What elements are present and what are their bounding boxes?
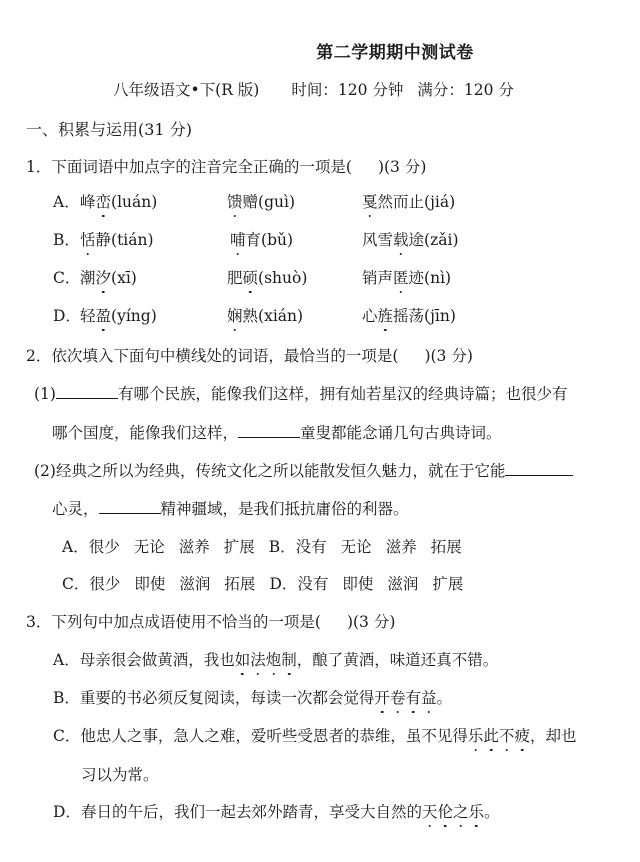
q2-option-d: D．没有即使滋润扩展	[269, 575, 463, 593]
question-3-stem: 3．下列句中加点成语使用不恰当的一项是()(3 分)	[26, 610, 395, 632]
exam-title: 第二学期期中测试卷	[0, 38, 640, 63]
q2-passage-2-line-1: (2)经典之所以为经典，传统文化之所以能散发恒久魅力，就在于它能	[34, 459, 573, 481]
q2-passage-1-line-2: 哪个国度，能像我们这样，童叟都能念诵几句古典诗词。	[52, 421, 502, 443]
q1-option-d-item-1: 轻盈(yíng)	[80, 304, 157, 326]
q1-option-c-item-1: 潮汐(xī)	[80, 266, 137, 288]
section-heading: 一、积累与运用(31 分)	[26, 117, 192, 140]
q3-option-d: D．春日的午后，我们一起去郊外踏青，享受大自然的天伦之乐。	[53, 800, 500, 822]
q1-option-a-item-1: 峰峦(luán)	[80, 190, 157, 212]
q2-passage-1-line-1: (1)有哪个民族，能像我们这样，拥有灿若星汉的经典诗篇；也很少有	[34, 382, 567, 404]
exam-subtitle: 八年级语文•下(R 版)时间：120 分钟满分：120 分	[113, 78, 514, 100]
q1-option-c-item-3: 销声匿迹(nì)	[362, 266, 451, 288]
q1-option-c-item-2: 肥硕(shuò)	[227, 266, 307, 288]
q3-option-c: C．他忠人之事，急人之难，爱听些受恩者的恭维，虽不见得乐此不疲，却也	[53, 724, 576, 746]
fill-blank[interactable]	[238, 423, 300, 438]
q2-options-row-1: A．很少无论滋养扩展B．没有无论滋养拓展	[62, 535, 462, 557]
fill-blank[interactable]	[56, 384, 118, 399]
q2-option-c: C．很少即使滋润拓展	[62, 575, 255, 593]
q3-option-b: B．重要的书必须反复阅读，每读一次都会觉得开卷有益。	[53, 686, 452, 708]
q3-option-c-continuation: 习以为常。	[81, 763, 159, 785]
fill-blank[interactable]	[505, 461, 573, 476]
q1-option-a-item-3: 戛然而止(jiá)	[362, 190, 455, 212]
q1-option-d-label: D．	[53, 304, 81, 326]
q1-option-d-item-2: 娴熟(xián)	[227, 304, 303, 326]
q2-option-a: A．很少无论滋养扩展	[62, 538, 255, 556]
score-label: 满分：120 分	[417, 81, 514, 99]
fill-blank[interactable]	[99, 499, 161, 514]
question-2-stem: 2．依次填入下面句中横线处的词语，最恰当的一项是()(3 分)	[26, 344, 473, 366]
question-number: 3．	[26, 613, 51, 631]
q1-option-c-label: C．	[53, 266, 80, 288]
q1-option-b-item-2: 哺育(bǔ)	[230, 228, 293, 250]
q1-option-b-item-1: 恬静(tián)	[80, 228, 154, 250]
q1-option-d-item-3: 心旌摇荡(jīn)	[362, 304, 456, 326]
q1-option-a-label: A．	[53, 190, 80, 212]
q2-option-b: B．没有无论滋养拓展	[269, 538, 462, 556]
q2-passage-2-line-2: 心灵，精神疆域，是我们抵抗庸俗的利器。	[52, 497, 409, 519]
time-label: 时间：120 分钟	[291, 81, 403, 99]
grade-label: 八年级语文•下(R 版)	[113, 81, 259, 99]
question-1-stem: 1．下面词语中加点字的注音完全正确的一项是()(3 分)	[26, 155, 426, 177]
q2-options-row-2: C．很少即使滋润拓展D．没有即使滋润扩展	[62, 572, 463, 594]
q1-option-b-label: B．	[53, 228, 80, 250]
q1-option-a-item-2: 馈赠(guì)	[227, 190, 295, 212]
question-number: 1．	[26, 158, 51, 176]
q3-option-a: A．母亲很会做黄酒，我也如法炮制，酿了黄酒，味道还真不错。	[53, 648, 498, 670]
question-number: 2．	[26, 347, 51, 365]
q1-option-b-item-3: 风雪载途(zǎi)	[362, 228, 459, 250]
